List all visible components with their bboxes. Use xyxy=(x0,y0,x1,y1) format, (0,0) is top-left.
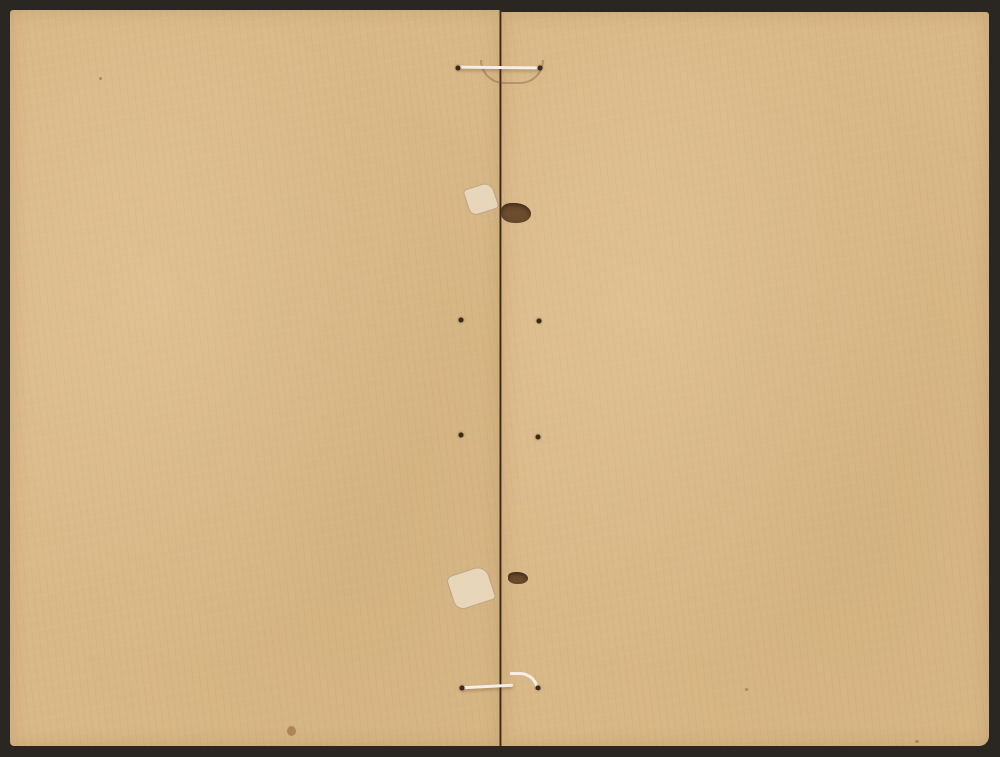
upper-torn-hole xyxy=(501,203,531,223)
binding-hole xyxy=(460,686,465,691)
book-photo xyxy=(0,0,1000,757)
paper-speck xyxy=(745,688,748,691)
left-page xyxy=(10,10,500,746)
paper-speck xyxy=(915,740,919,743)
right-page xyxy=(501,12,989,746)
book-gutter xyxy=(499,10,502,746)
binding-hole xyxy=(456,66,461,71)
paper-speck xyxy=(99,77,102,80)
binding-hole xyxy=(538,66,543,71)
paper-speck xyxy=(287,726,296,736)
binding-hole xyxy=(537,319,542,324)
binding-hole xyxy=(536,435,541,440)
binding-hole xyxy=(459,433,464,438)
lower-torn-hole xyxy=(508,572,528,584)
binding-hole xyxy=(459,318,464,323)
binding-hole xyxy=(536,686,541,691)
